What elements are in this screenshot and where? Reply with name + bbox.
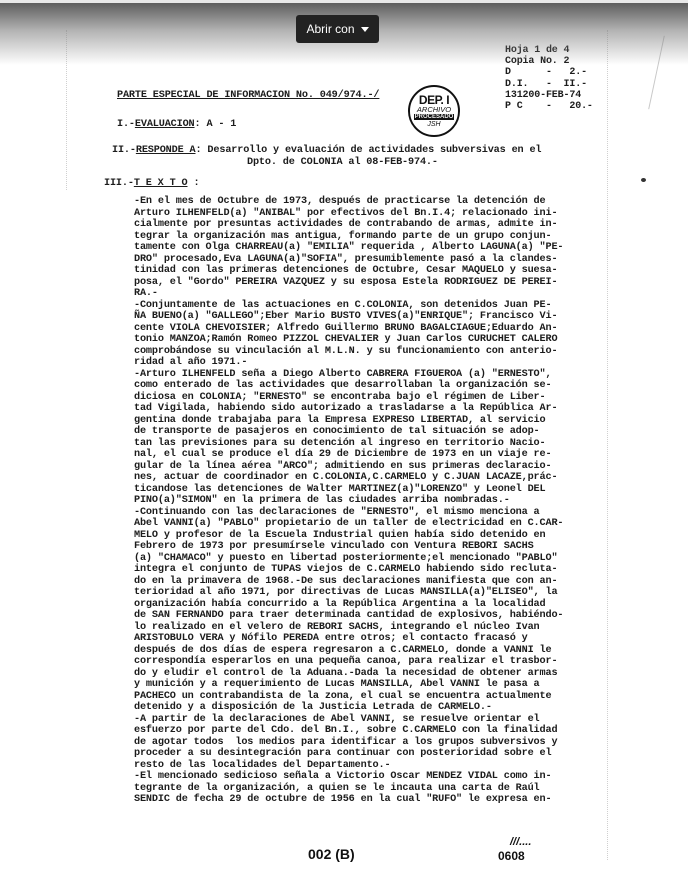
section-number: II.- — [112, 145, 136, 156]
document-title: PARTE ESPECIAL DE INFORMACION No. 049/97… — [117, 90, 379, 102]
body-line: PACHECO un contrabandista de la zona, el… — [134, 691, 563, 703]
body-line: gentina donde trabajaba para la Empresa … — [134, 415, 563, 427]
body-line: correspondía esperarlos en una pequeña c… — [134, 656, 563, 668]
body-line: do y eludir el control de la Aduana.-Dad… — [134, 668, 563, 680]
section-value-continuation: Dpto. de COLONIA al 08-FEB-974.- — [247, 157, 438, 169]
stamp-processed: PROCESADO — [414, 114, 455, 120]
section-label: EVALUACION — [135, 119, 195, 130]
body-line: resto de las localidades del Departament… — [134, 760, 563, 772]
sheet-info-line: D - 2.- — [505, 67, 593, 78]
body-line: diciosa en COLONIA; "ERNESTO" se encontr… — [134, 392, 563, 404]
body-line: tegrar la organización mas antigua, form… — [134, 231, 563, 243]
body-line: ticandose las detenciones de Walter MART… — [134, 484, 563, 496]
section-suffix: : — [188, 178, 200, 189]
body-line: integra el conjunto de TUPAS viejos de C… — [134, 564, 563, 576]
body-line: después de dos días de espera regresaron… — [134, 645, 563, 657]
body-line: ridad al año 1971.- — [134, 357, 563, 369]
sheet-info-line: D.I. - II.- — [505, 79, 593, 90]
body-line: Abel VANNI(a) "PABLO" propietario de un … — [134, 518, 563, 530]
section-evaluation: I.-EVALUACION: A - 1 — [117, 119, 236, 131]
body-line: SENDIC de fecha 29 de octubre de 1956 en… — [134, 794, 563, 806]
body-line: -Continuando con las declaraciones de "E… — [134, 507, 563, 519]
section-number: I.- — [117, 119, 135, 130]
body-line: cente VIOLA CHEVOISIER; Alfredo Guillerm… — [134, 323, 563, 335]
body-line: tinidad con las primeras detenciones de … — [134, 265, 563, 277]
body-line: ARISTOBULO VERA y Nófilo PEREDA entre ot… — [134, 633, 563, 645]
body-line: de agotar todos los medios para identifi… — [134, 737, 563, 749]
caret-down-icon — [361, 27, 369, 32]
body-line: MELO y profesor de la Escuela Industrial… — [134, 530, 563, 542]
body-line: do en la primavera de 1968.-De sus decla… — [134, 576, 563, 588]
open-with-button[interactable]: Abrir con — [296, 15, 379, 43]
body-line: Arturo ILHENFELD(a) "ANIBAL" por efectiv… — [134, 208, 563, 220]
body-line: de transporte de pasajeros en conocimien… — [134, 426, 563, 438]
body-line: detenido y a disposición de la Justicia … — [134, 702, 563, 714]
ink-blot — [641, 178, 646, 182]
body-line: tamente con Olga CHARREAU(a) "EMILIA" re… — [134, 242, 563, 254]
body-line: DRO" procesado,Eva LAGUNA(a)"SOFIA", pre… — [134, 254, 563, 266]
open-with-label: Abrir con — [306, 22, 354, 36]
continuation-marks: ///.... — [510, 836, 531, 848]
body-line: tan las previsiones para su detención al… — [134, 438, 563, 450]
section-text: III.-T E X T O : — [104, 178, 199, 190]
viewer-top-strip — [0, 0, 688, 3]
body-line: -A partir de la declaraciones de Abel VA… — [134, 714, 563, 726]
sheet-info-line: Hoja 1 de 4 — [505, 45, 593, 56]
body-line: tad Vigilada, habiendo sido autorizado a… — [134, 403, 563, 415]
body-line: proceder a su desintegración para contin… — [134, 748, 563, 760]
body-line: Febrero de 1973 por presumírsele vincula… — [134, 541, 563, 553]
section-responds-to: II.-RESPONDE A: Desarrollo y evaluación … — [112, 145, 541, 157]
section-label: T E X T O — [134, 178, 188, 189]
sheet-info-line: Copia No. 2 — [505, 56, 593, 67]
document-body: -En el mes de Octubre de 1973, después d… — [134, 196, 563, 806]
body-line: comprobándose su vinculación al M.L.N. y… — [134, 346, 563, 358]
section-value: : Desarrollo y evaluación de actividades… — [196, 145, 542, 156]
body-line: terioridad al año 1971, por directivas d… — [134, 587, 563, 599]
body-line: -El mencionado sedicioso señala a Victor… — [134, 771, 563, 783]
section-label: RESPONDE A — [136, 145, 196, 156]
section-value: : A - 1 — [195, 119, 237, 130]
body-line: RA.- — [134, 288, 563, 300]
body-line: como enterado de las actividades que des… — [134, 380, 563, 392]
footer-folio-number: 0608 — [498, 849, 525, 863]
body-line: gular de la línea aérea "ARCO"; admitien… — [134, 461, 563, 473]
body-line: tonio MANZOA;Ramón Romeo PIZZOL CHEVALIE… — [134, 334, 563, 346]
body-line: -Conjuntamente de las actuaciones en C.C… — [134, 300, 563, 312]
sheet-info-block: Hoja 1 de 4Copia No. 2D - 2.-D.I. - II.-… — [505, 45, 593, 112]
body-line: de SAN FERNANDO para traer determinada c… — [134, 610, 563, 622]
body-line: ÑA BUENO(a) "GALLEGO";Eber Mario BUSTO V… — [134, 311, 563, 323]
body-line: -En el mes de Octubre de 1973, después d… — [134, 196, 563, 208]
section-number: III.- — [104, 178, 134, 189]
body-line: -Arturo ILHENFELD seña a Diego Alberto C… — [134, 369, 563, 381]
stamp-archive: ARCHIVO — [417, 106, 451, 114]
sheet-info-line: 131200-FEB-74 — [505, 90, 593, 101]
stamp-initials: JSH — [427, 121, 440, 128]
document-page: Hoja 1 de 4Copia No. 2D - 2.-D.I. - II.-… — [0, 0, 688, 895]
body-line: organización había concurrido a la Repúb… — [134, 599, 563, 611]
body-line: (a) "CHAMACO" y puesto en libertad poste… — [134, 553, 563, 565]
scan-scratch-mark — [648, 36, 665, 110]
body-line: cialmente por presuntas actividades de c… — [134, 219, 563, 231]
sheet-info-line: P C - 20.- — [505, 101, 593, 112]
body-line: nes, actuar de coordinador en C.COLONIA,… — [134, 472, 563, 484]
body-line: y munición y a requerimiento de Lucas MA… — [134, 679, 563, 691]
footer-page-code: 002 (B) — [308, 846, 355, 862]
body-line: tegrante de la organización, a quien se … — [134, 783, 563, 795]
body-line: posa, el "Gordo" PEREIRA VAZQUEZ y su es… — [134, 277, 563, 289]
scan-margin-line — [66, 30, 67, 190]
body-line: lo realizado en el velero de REBORI SACH… — [134, 622, 563, 634]
scan-margin-line — [607, 30, 608, 860]
body-line: esfuerzo por parte del Cdo. del Bn.I., s… — [134, 725, 563, 737]
body-line: nal, el cual se produce el día 29 de Dic… — [134, 449, 563, 461]
body-line: PINO(a)"SIMON" en la primera de las ciud… — [134, 495, 563, 507]
archive-stamp: DEP. I ARCHIVO PROCESADO JSH — [408, 85, 460, 137]
